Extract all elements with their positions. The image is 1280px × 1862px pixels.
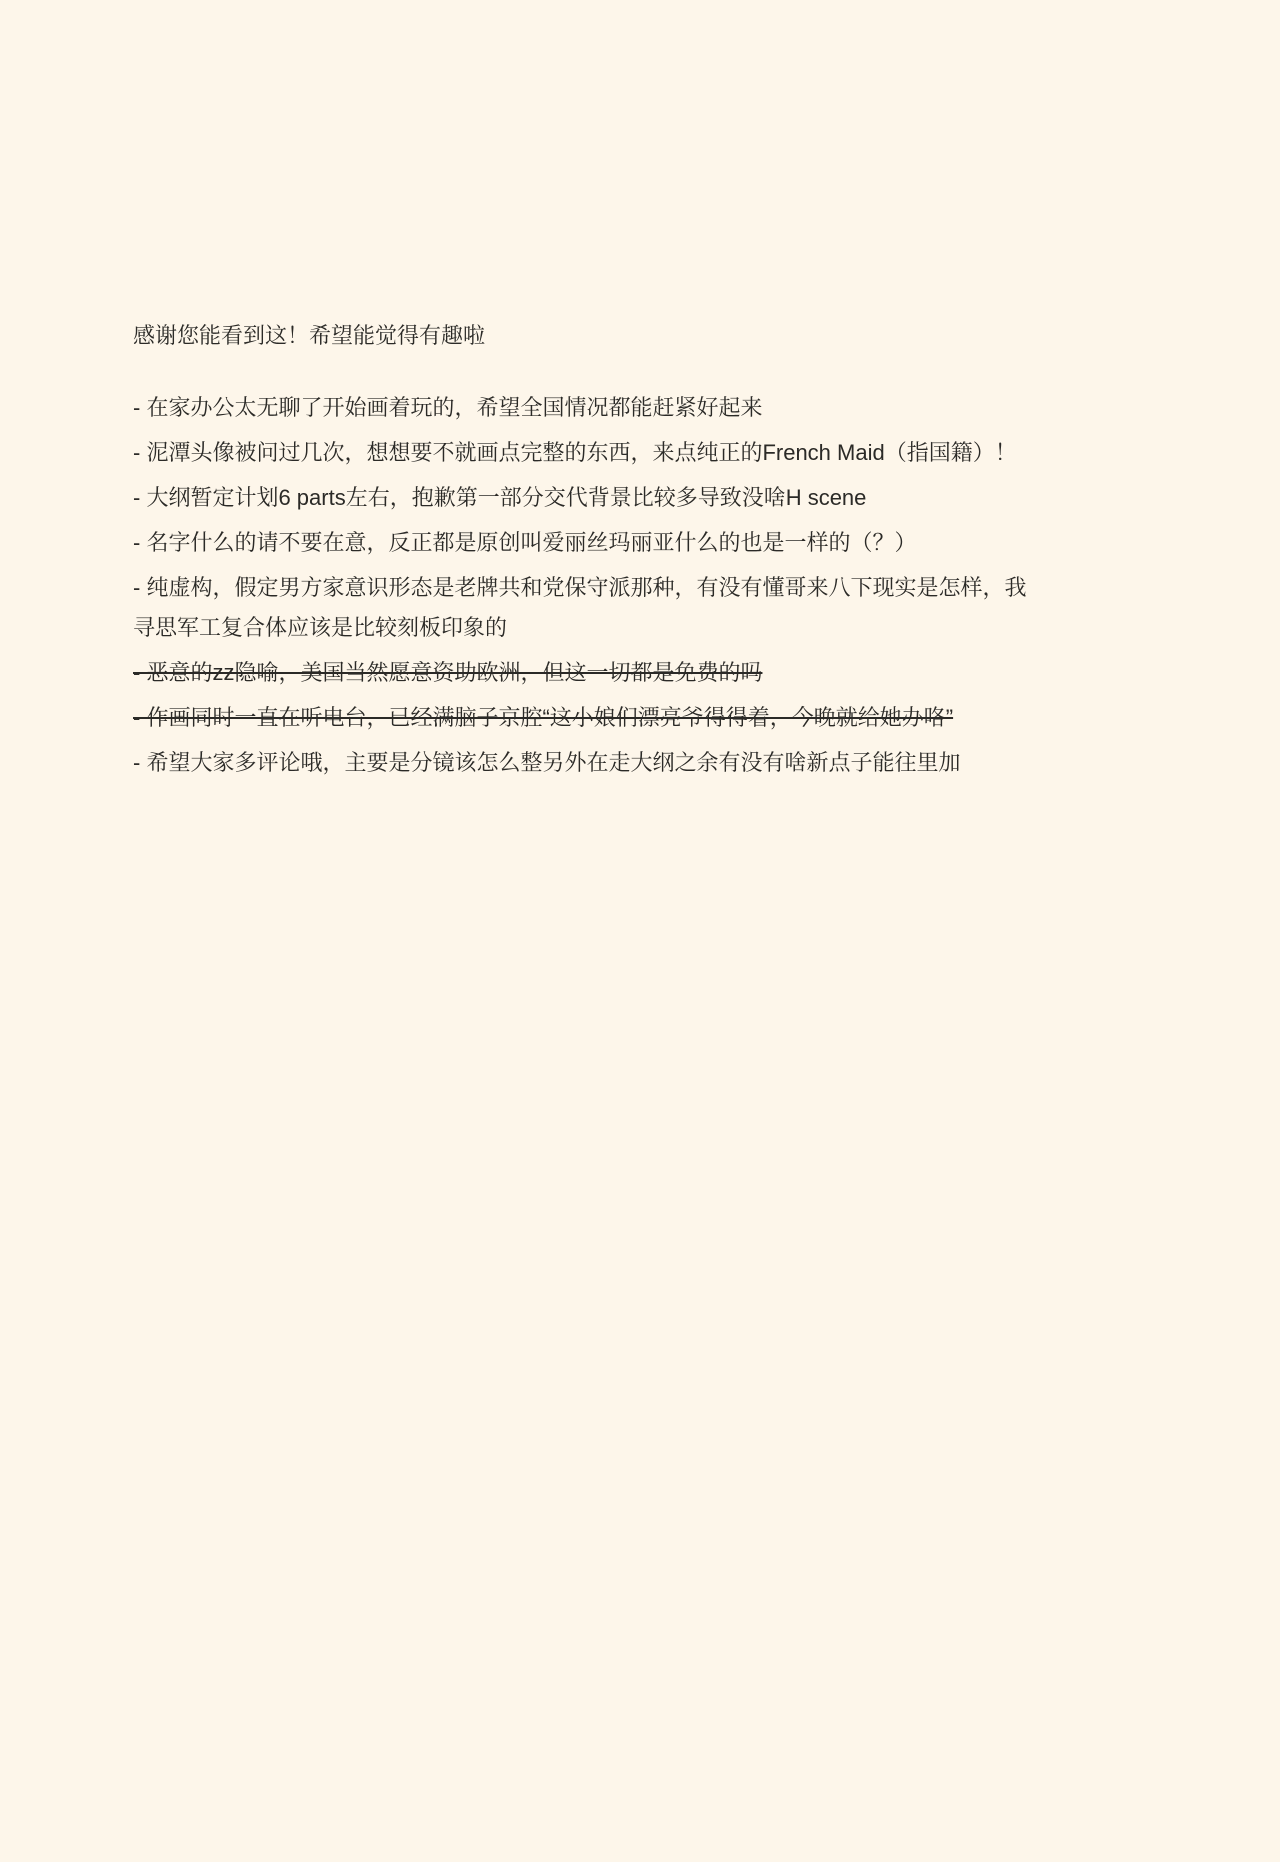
page-title: 感谢您能看到这！希望能觉得有趣啦 xyxy=(133,316,1045,356)
note-line: - 大纲暂定计划6 parts左右，抱歉第一部分交代背景比较多导致没啥H sce… xyxy=(133,478,1045,518)
notes-text-block: 感谢您能看到这！希望能觉得有趣啦 - 在家办公太无聊了开始画着玩的，希望全国情况… xyxy=(133,316,1045,788)
note-line: - 在家办公太无聊了开始画着玩的，希望全国情况都能赶紧好起来 xyxy=(133,388,1045,428)
note-line: - 名字什么的请不要在意，反正都是原创叫爱丽丝玛丽亚什么的也是一样的（？） xyxy=(133,523,1045,563)
notes-page-background: { "page": { "background_color": "#fdf6ea… xyxy=(0,0,1280,1862)
note-line: - 纯虚构，假定男方家意识形态是老牌共和党保守派那种，有没有懂哥来八下现实是怎样… xyxy=(133,568,1045,648)
note-line-strikethrough: - 恶意的zz隐喻，美国当然愿意资助欧洲，但这一切都是免费的吗 xyxy=(133,653,1045,693)
note-line: - 希望大家多评论哦，主要是分镜该怎么整另外在走大纲之余有没有啥新点子能往里加 xyxy=(133,743,1045,783)
note-line-strikethrough: - 作画同时一直在听电台，已经满脑子京腔“这小娘们漂亮爷得得着，今晚就给她办咯” xyxy=(133,698,1045,738)
note-line: - 泥潭头像被问过几次，想想要不就画点完整的东西，来点纯正的French Mai… xyxy=(133,433,1045,473)
